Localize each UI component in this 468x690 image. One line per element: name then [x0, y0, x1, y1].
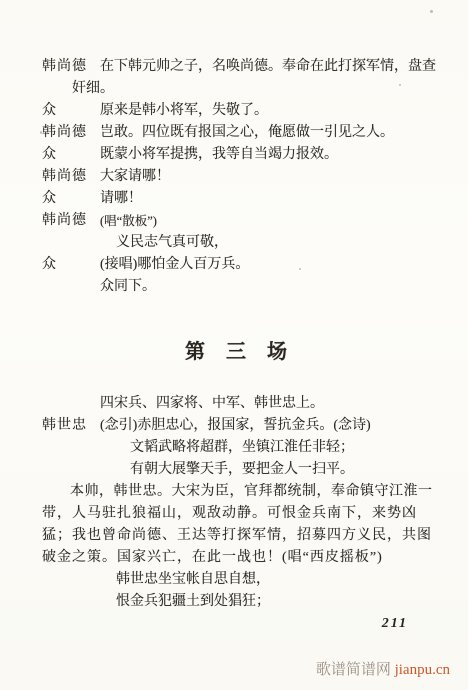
speech-line: 带，人马驻扎狼福山，观敌动静。可恨金兵南下，来势凶: [42, 503, 434, 525]
speaker-label: 韩尚德: [42, 56, 100, 78]
speaker-label: 众: [42, 188, 100, 210]
line-text: (接唱)哪怕金人百万兵。: [100, 257, 249, 272]
poem-line: 有朝大展擎天手，要把金人一扫平。: [42, 459, 434, 481]
speaker-label: 韩世忠: [42, 415, 100, 437]
line-text: 义民志气真可敬，: [116, 235, 228, 250]
speaker-label: 众: [42, 144, 100, 166]
watermark: 歌谱简谱网 jianpu.cn: [316, 658, 450, 679]
speech-line: 猛；我也曾命尚德、王达等打探军情，招募四方义民，共图: [42, 525, 434, 547]
speech-line: 破金之策。国家兴亡，在此一战也！(唱“西皮摇板”): [42, 547, 434, 569]
line-text: 四宋兵、四家将、中军、韩世忠上。: [100, 396, 324, 411]
script-line: 韩尚德在下韩元帅之子，名唤尚德。奉命在此打探军情，盘查: [42, 56, 434, 78]
line-text: 带，人马驻扎狼福山，观敌动静。可恨金兵南下，来势凶: [42, 506, 417, 521]
lyric-line: 恨金兵犯疆土到处猖狂；: [42, 591, 434, 613]
script-line: 韩尚德岂敢。四位既有报国之心，俺愿做一引见之人。: [42, 122, 434, 144]
line-text: 原来是韩小将军，失敬了。: [100, 103, 268, 118]
scene-heading: 第 三 场: [42, 340, 434, 364]
line-text: 岂敢。四位既有报国之心，俺愿做一引见之人。: [100, 125, 394, 140]
script-line: 韩尚德大家请哪！: [42, 166, 434, 188]
line-text: 奸细。: [72, 81, 114, 96]
line-text: 有朝大展擎天手，要把金人一扫平。: [130, 462, 354, 477]
line-text: 众同下。: [100, 279, 156, 294]
script-line: 韩尚德(唱“散板”): [42, 210, 434, 232]
speaker-label: 韩尚德: [42, 166, 100, 188]
script-line: 众原来是韩小将军，失敬了。: [42, 100, 434, 122]
stage-note: (唱“散板”): [100, 214, 157, 228]
speaker-label: 韩尚德: [42, 122, 100, 144]
line-text: (念引)赤胆忠心，报国家，誓抗金兵。(念诗): [100, 418, 371, 433]
poem-line: 文韬武略将超群，坐镇江淮任非轻；: [42, 437, 434, 459]
line-text: 既蒙小将军提携，我等自当竭力报效。: [100, 147, 338, 162]
lyric-line: 韩世忠坐宝帐自思自想，: [42, 569, 434, 591]
line-text: 韩世忠坐宝帐自思自想，: [116, 572, 270, 587]
line-text: 猛；我也曾命尚德、王达等打探军情，招募四方义民，共图: [42, 528, 432, 543]
speaker-label: 韩尚德: [42, 210, 100, 232]
script-line: 众(接唱)哪怕金人百万兵。: [42, 254, 434, 276]
script-line: 众请哪！: [42, 188, 434, 210]
script-line: 奸细。: [42, 78, 434, 100]
book-page: 韩尚德在下韩元帅之子，名唤尚德。奉命在此打探军情，盘查 奸细。 众原来是韩小将军…: [0, 0, 468, 690]
watermark-site-url: jianpu.cn: [395, 662, 450, 678]
speaker-label: 众: [42, 100, 100, 122]
lyric-line: 义民志气真可敬，: [42, 232, 434, 254]
page-number: 211: [382, 616, 408, 632]
line-text: 文韬武略将超群，坐镇江淮任非轻；: [130, 440, 354, 455]
stage-direction: 四宋兵、四家将、中军、韩世忠上。: [42, 393, 434, 415]
speaker-label: 众: [42, 254, 100, 276]
line-text: 大家请哪！: [100, 169, 170, 184]
line-text: 本帅，韩世忠。大宋为臣，官拜都统制，奉命镇守江淮一: [70, 484, 433, 499]
stage-direction: 众同下。: [42, 276, 434, 298]
line-text: 请哪！: [100, 191, 142, 206]
page-content: 韩尚德在下韩元帅之子，名唤尚德。奉命在此打探军情，盘查 奸细。 众原来是韩小将军…: [42, 56, 434, 613]
line-text: 破金之策。国家兴亡，在此一战也！(唱“西皮摇板”): [42, 550, 383, 565]
scan-speck: [430, 10, 433, 13]
script-line: 众既蒙小将军提携，我等自当竭力报效。: [42, 144, 434, 166]
line-text: 在下韩元帅之子，名唤尚德。奉命在此打探军情，盘查: [100, 59, 436, 74]
watermark-site-name: 歌谱简谱网: [316, 662, 391, 678]
speech-line: 本帅，韩世忠。大宋为臣，官拜都统制，奉命镇守江淮一: [42, 481, 434, 503]
line-text: 恨金兵犯疆土到处猖狂；: [116, 594, 270, 609]
script-line: 韩世忠(念引)赤胆忠心，报国家，誓抗金兵。(念诗): [42, 415, 434, 437]
